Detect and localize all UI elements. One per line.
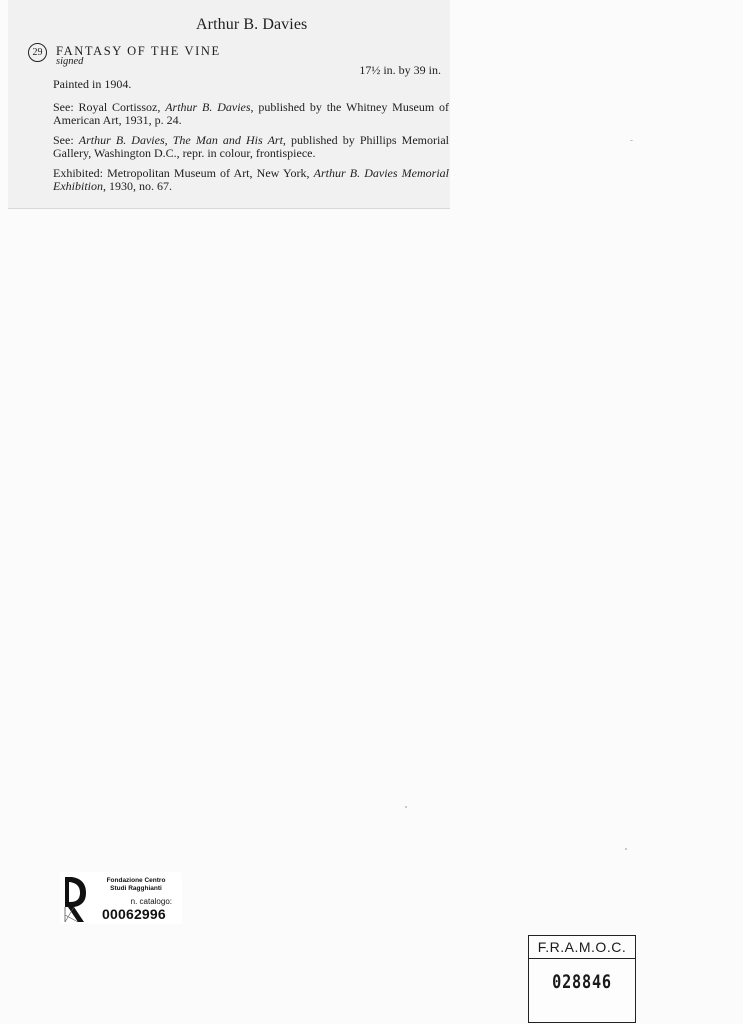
foundation-name-line-1: Fondazione Centro bbox=[96, 877, 176, 885]
framoc-heading: F.R.A.M.O.C. bbox=[529, 936, 635, 959]
catalogue-clipping: Arthur B. Davies 29 FANTASY OF THE VINE … bbox=[8, 0, 450, 208]
framoc-number: 028846 bbox=[540, 971, 625, 993]
paper-speck bbox=[405, 806, 407, 808]
painted-date: Painted in 1904. bbox=[53, 78, 449, 91]
paper-speck bbox=[630, 140, 633, 141]
ragghianti-catalog-label: Fondazione Centro Studi Ragghianti n. ca… bbox=[60, 872, 182, 924]
ragghianti-r-logo-icon bbox=[62, 875, 88, 923]
exhibition-suffix: , 1930, no. 67. bbox=[103, 179, 172, 193]
catalogue-number-circled: 29 bbox=[28, 43, 47, 62]
foundation-name: Fondazione Centro Studi Ragghianti bbox=[96, 877, 176, 893]
reference-2: See: Arthur B. Davies, The Man and His A… bbox=[53, 134, 449, 159]
paper-speck bbox=[625, 848, 627, 850]
artist-heading: Arthur B. Davies bbox=[196, 16, 307, 34]
exhibition-note: Exhibited: Metropolitan Museum of Art, N… bbox=[53, 167, 449, 192]
reference-1: See: Royal Cortissoz, Arthur B. Davies, … bbox=[53, 101, 449, 126]
artwork-dimensions: 17½ in. by 39 in. bbox=[359, 63, 441, 78]
catalog-label: n. catalogo: bbox=[131, 897, 172, 906]
signed-note: signed bbox=[56, 56, 83, 67]
framoc-stamp: F.R.A.M.O.C. 028846 bbox=[528, 935, 636, 1023]
catalog-number: 00062996 bbox=[102, 906, 166, 922]
foundation-name-line-2: Studi Ragghianti bbox=[96, 885, 176, 893]
